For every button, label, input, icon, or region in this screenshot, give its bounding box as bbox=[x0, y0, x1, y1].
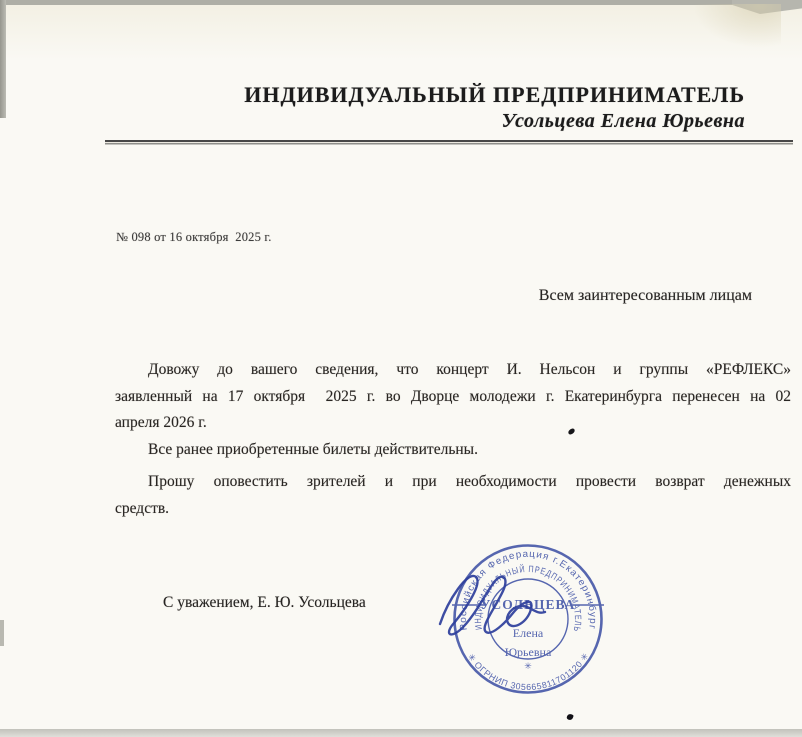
body-paragraph-3: Прошу оповестить зрителей и при необходи… bbox=[115, 469, 791, 522]
text-line: апреля 2026 г. bbox=[115, 410, 791, 437]
body-paragraph-2: Все ранее приобретенные билеты действите… bbox=[115, 437, 791, 463]
scanned-letter-page: ИНДИВИДУАЛЬНЫЙ ПРЕДПРИНИМАТЕЛЬ Усольцева… bbox=[0, 0, 802, 737]
scan-edge-left-speck bbox=[0, 620, 4, 646]
letterhead: ИНДИВИДУАЛЬНЫЙ ПРЕДПРИНИМАТЕЛЬ Усольцева… bbox=[244, 81, 745, 134]
page-corner-curl bbox=[693, 4, 781, 48]
body-paragraph-1: Довожу до вашего сведения, что концерт И… bbox=[115, 357, 791, 437]
stamp-inner-bottom-star: ✳ bbox=[524, 661, 532, 671]
letterhead-title: ИНДИВИДУАЛЬНЫЙ ПРЕДПРИНИМАТЕЛЬ bbox=[244, 81, 745, 108]
reference-number-line: № 098 от 16 октября 2025 г. bbox=[116, 230, 272, 245]
official-stamp: Российская Федерация г.Екатеринбург ✳ ОГ… bbox=[428, 518, 630, 724]
scan-edge-top bbox=[0, 0, 802, 5]
addressee-line: Всем заинтересованным лицам bbox=[539, 287, 752, 305]
text-line: заявленный на 17 октября 2025 г. во Двор… bbox=[115, 384, 791, 411]
text-line: Прошу оповестить зрителей и при необходи… bbox=[115, 469, 791, 496]
letterhead-rule bbox=[105, 140, 793, 145]
scan-edge-left bbox=[0, 0, 6, 118]
text-line: Довожу до вашего сведения, что концерт И… bbox=[115, 357, 791, 384]
signoff-line: С уважением, Е. Ю. Усольцева bbox=[163, 594, 366, 612]
letterhead-name: Усольцева Елена Юрьевна bbox=[244, 108, 745, 134]
stamp-first-name-text: Елена bbox=[513, 626, 544, 640]
scan-edge-bottom bbox=[0, 729, 802, 737]
stamp-patronymic-text: Юрьевна bbox=[505, 645, 552, 659]
